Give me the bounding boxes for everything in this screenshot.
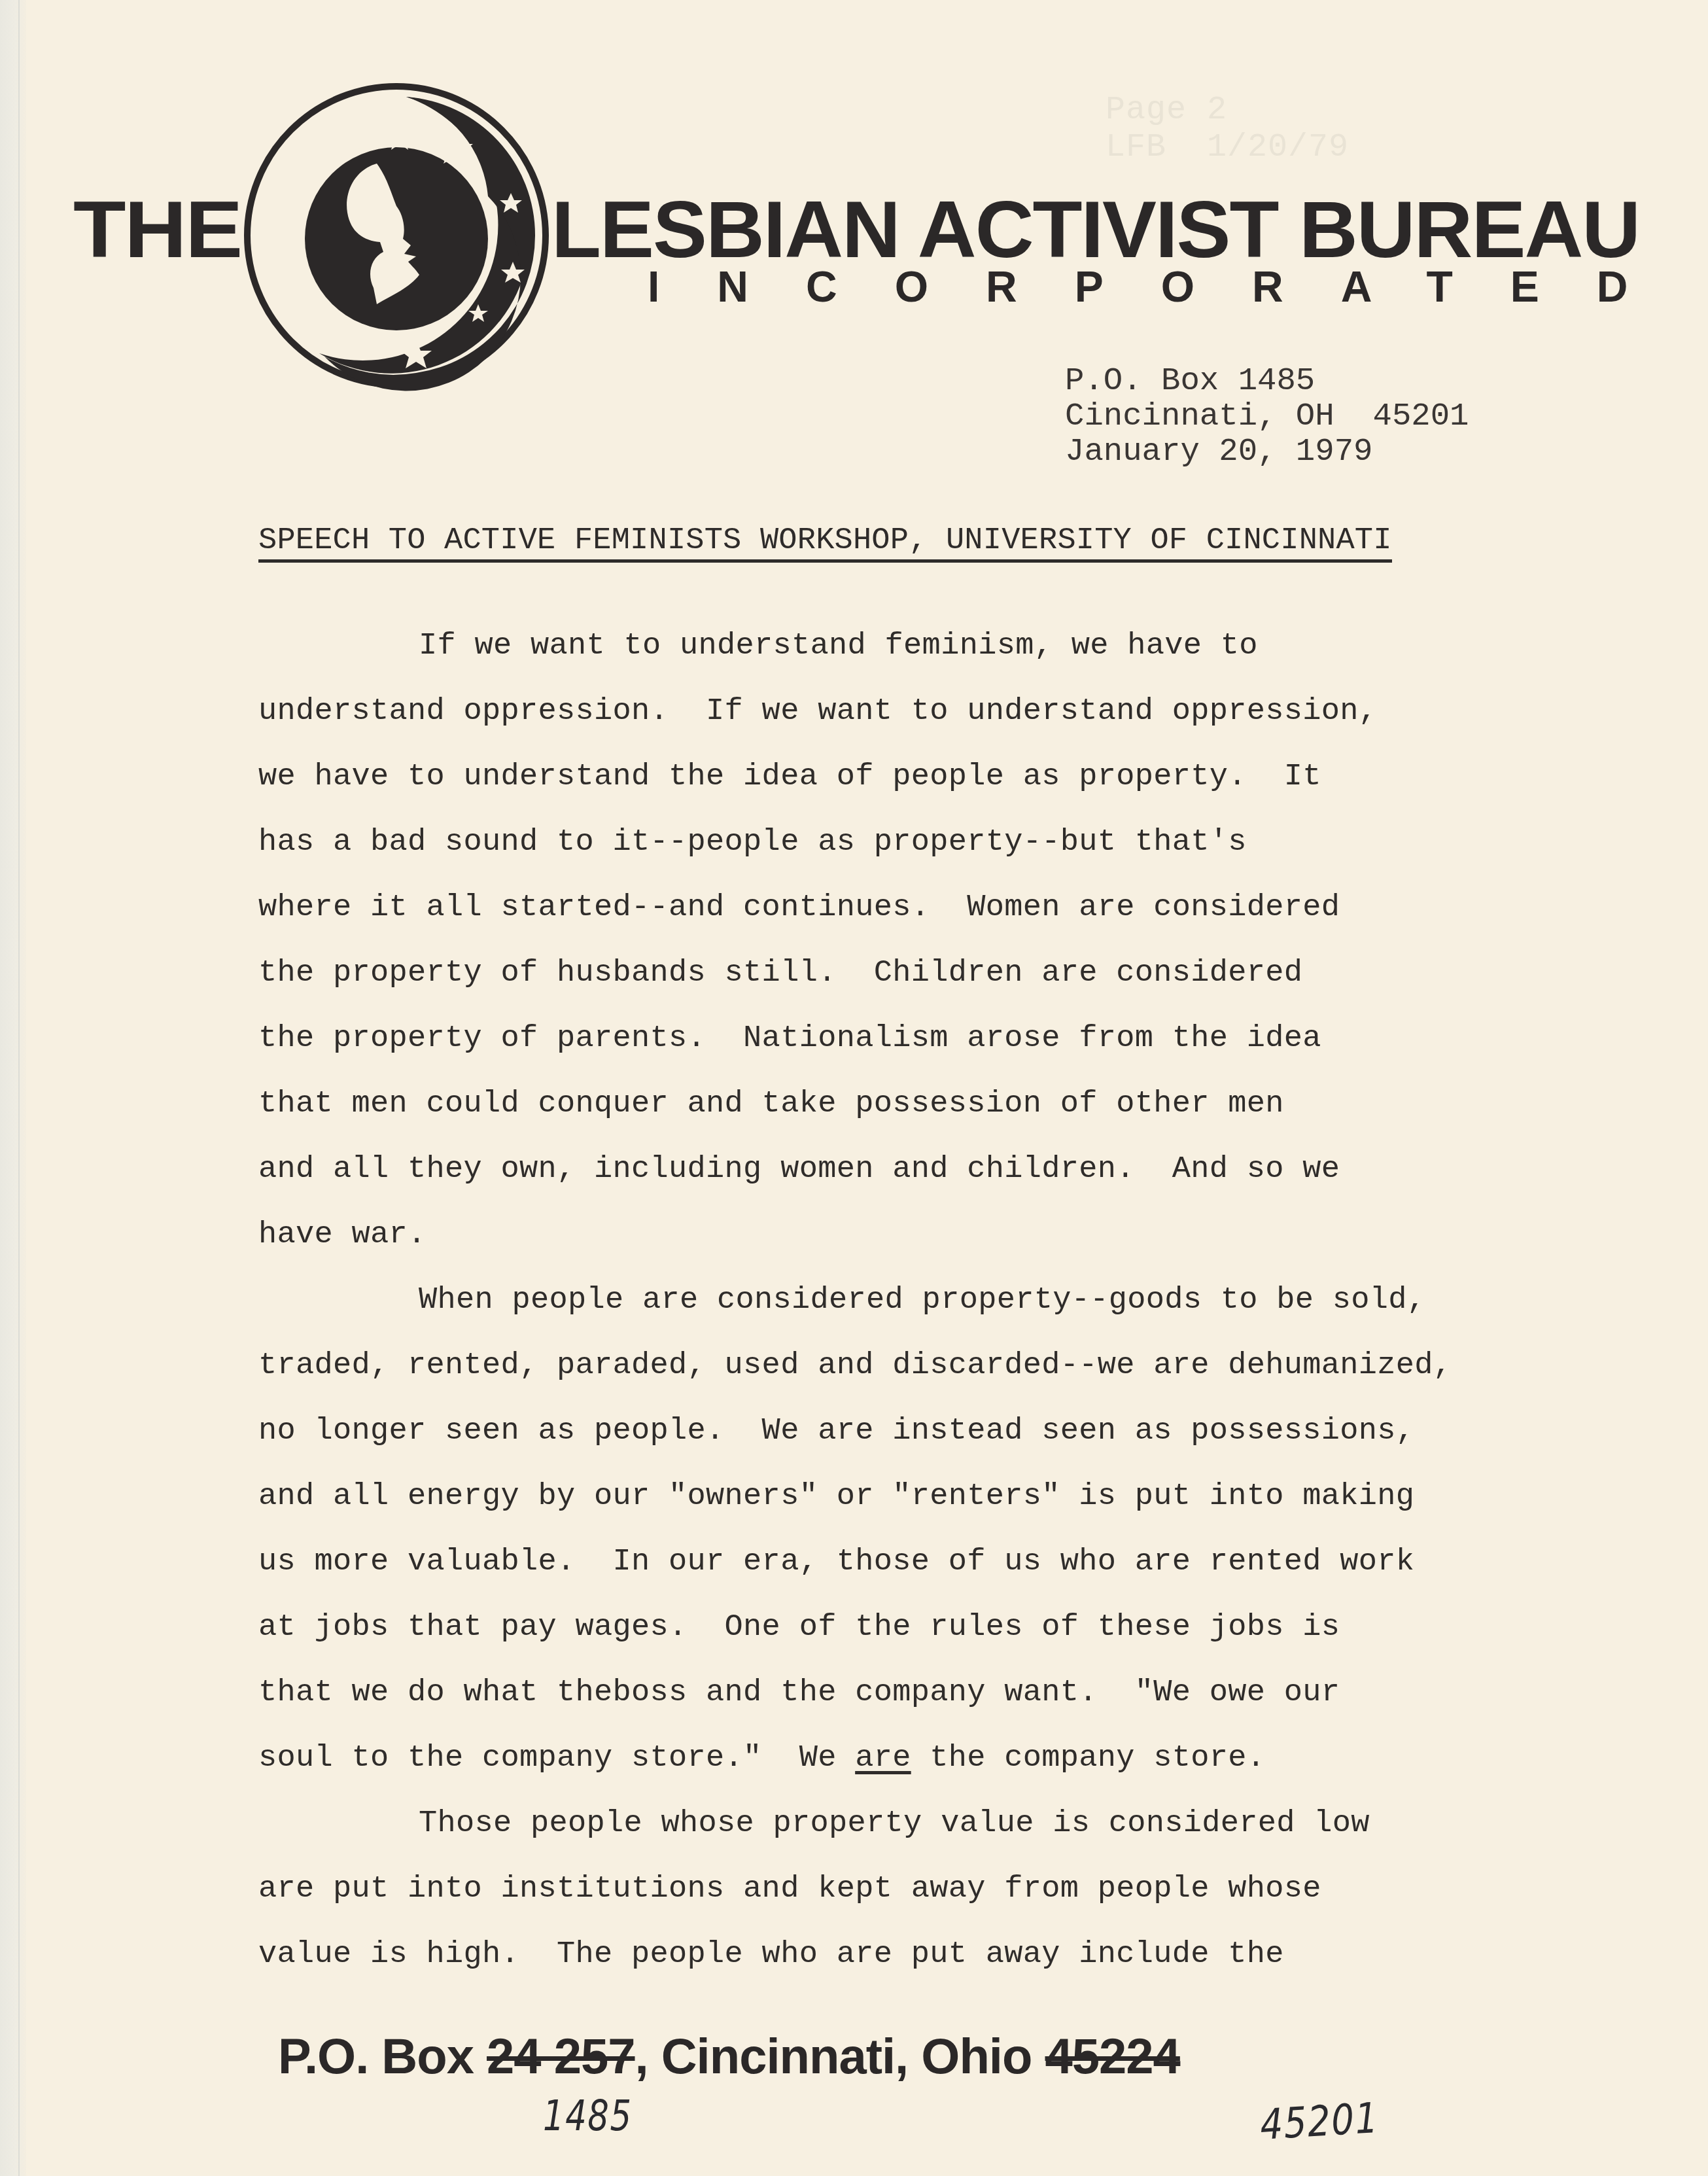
page-edge-line	[18, 0, 20, 2176]
footer-po-label: P.O. Box	[278, 2029, 487, 2084]
body-line: have war.	[258, 1216, 1534, 1281]
body-line: traded, rented, paraded, used and discar…	[258, 1346, 1534, 1412]
body-line: Those people whose property value is con…	[258, 1804, 1534, 1870]
letterhead-prefix: THE	[73, 190, 241, 270]
body-line: understand oppression. If we want to und…	[258, 692, 1534, 758]
document-body: If we want to understand feminism, we ha…	[258, 627, 1534, 2001]
body-line: that men could conquer and take possessi…	[258, 1085, 1534, 1150]
document-title: SPEECH TO ACTIVE FEMINISTS WORKSHOP, UNI…	[258, 523, 1392, 563]
page-edge	[0, 0, 26, 2176]
address-po-box: P.O. Box 1485	[1065, 363, 1469, 398]
letterhead-footer: P.O. Box 24 257, Cincinnati, Ohio 45224	[278, 2028, 1180, 2085]
body-line: If we want to understand feminism, we ha…	[258, 627, 1534, 692]
footer-city: , Cincinnati, Ohio	[635, 2029, 1045, 2084]
underlined-emphasis: are	[855, 1741, 911, 1776]
body-line: at jobs that pay wages. One of the rules…	[258, 1608, 1534, 1674]
body-line: that we do what theboss and the company …	[258, 1674, 1534, 1739]
crescent-moon-woman-profile-stars-icon	[239, 79, 553, 393]
address-city: Cincinnati, OH 45201	[1065, 398, 1469, 434]
body-line: and all they own, including women and ch…	[258, 1150, 1534, 1216]
body-line: When people are considered property--goo…	[258, 1281, 1534, 1346]
body-line: the property of parents. Nationalism aro…	[258, 1019, 1534, 1085]
organization-suffix: INCORPORATED	[648, 265, 1685, 308]
body-line: and all energy by our "owners" or "rente…	[258, 1477, 1534, 1543]
bleed-through-text: Page 2 LFB 1/20/79	[1106, 92, 1349, 166]
body-line: value is high. The people who are put aw…	[258, 1935, 1534, 2001]
body-line: we have to understand the idea of people…	[258, 758, 1534, 823]
body-line: the property of husbands still. Children…	[258, 954, 1534, 1019]
address-block: P.O. Box 1485Cincinnati, OH 45201January…	[1065, 363, 1469, 469]
body-line: no longer seen as people. We are instead…	[258, 1412, 1534, 1477]
body-text-segment: the company store.	[911, 1741, 1266, 1776]
handwritten-box-correction: 1485	[543, 2092, 633, 2141]
body-line: where it all started--and continues. Wom…	[258, 888, 1534, 954]
body-text-segment: soul to the company store." We	[258, 1741, 855, 1776]
body-line: has a bad sound to it--people as propert…	[258, 823, 1534, 888]
footer-old-zip-struck: 45224	[1045, 2029, 1180, 2084]
letter-date: January 20, 1979	[1065, 434, 1469, 469]
body-line: us more valuable. In our era, those of u…	[258, 1543, 1534, 1608]
footer-old-box-struck: 24 257	[487, 2029, 635, 2084]
organization-name: LESBIAN ACTIVIST BUREAU	[551, 190, 1639, 270]
body-line: soul to the company store." We are the c…	[258, 1739, 1534, 1804]
body-line: are put into institutions and kept away …	[258, 1870, 1534, 1935]
handwritten-zip-correction: 45201	[1259, 2094, 1380, 2150]
